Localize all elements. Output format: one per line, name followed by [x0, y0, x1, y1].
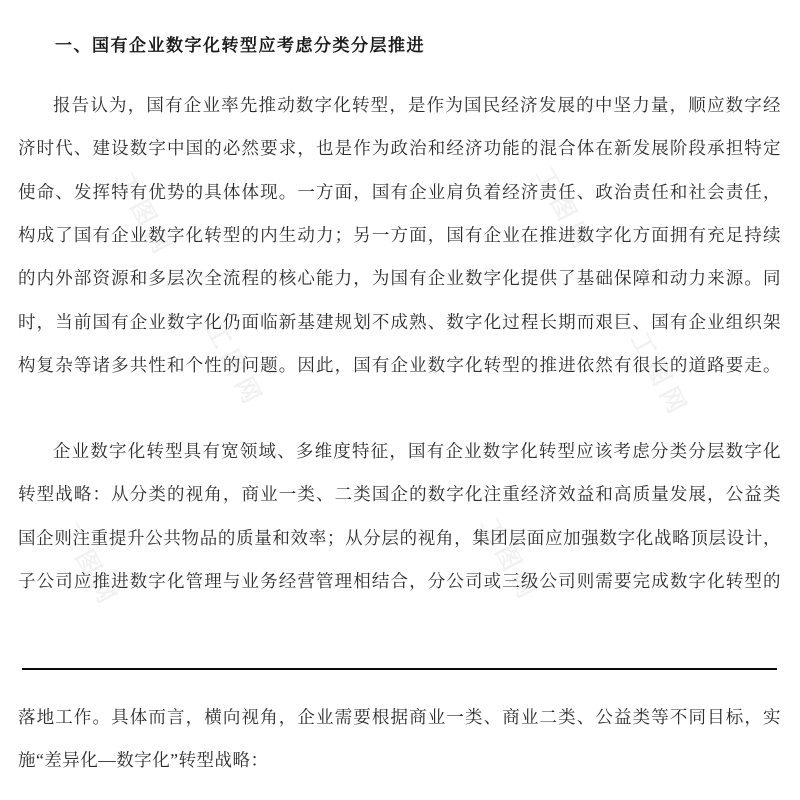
- text-line: 落地工作。具体而言，横向视角，企业需要根据商业一类、商业二类、公益类等不同目标，…: [18, 696, 781, 739]
- text-line: 企业数字化转型具有宽领域、多维度特征，国有企业数字化转型应该考虑分类分层数字化: [18, 430, 781, 473]
- text-line: 的内外部资源和多层次全流程的核心能力，为国有企业数字化提供了基础保障和动力来源。…: [18, 257, 781, 300]
- section-heading: 一、国有企业数字化转型应考虑分类分层推进: [55, 31, 425, 56]
- text-line: 济时代、建设数字中国的必然要求，也是作为政治和经济功能的混合体在新发展阶段承担特…: [18, 127, 781, 170]
- document-page: 工图网工图网工图网工图网工图网工图网 一、国有企业数字化转型应考虑分类分层推进 …: [0, 0, 800, 800]
- text-line: 转型战略：从分类的视角，商业一类、二类国企的数字化注重经济效益和高质量发展，公益…: [18, 473, 781, 516]
- paragraph-intro: 报告认为，国有企业率先推动数字化转型，是作为国民经济发展的中坚力量，顺应数字经济…: [18, 84, 781, 387]
- text-line: 时，当前国有企业数字化仍面临新基建规划不成熟、数字化过程长期而艰巨、国有企业组织…: [18, 301, 781, 344]
- text-line: 施“差异化—数字化”转型战略：: [18, 739, 781, 782]
- text-line: 使命、发挥特有优势的具体体现。一方面，国有企业肩负着经济责任、政治责任和社会责任…: [18, 171, 781, 214]
- paragraph-continuation: 落地工作。具体而言，横向视角，企业需要根据商业一类、商业二类、公益类等不同目标，…: [18, 696, 781, 783]
- text-line: 子公司应推进数字化管理与业务经营管理相结合，分公司或三级公司则需要完成数字化转型…: [18, 560, 781, 603]
- text-line: 国企则注重提升公共物品的质量和效率；从分层的视角，集团层面应加强数字化战略顶层设…: [18, 517, 781, 560]
- text-line: 构成了国有企业数字化转型的内生动力；另一方面，国有企业在推进数字化方面拥有充足持…: [18, 214, 781, 257]
- text-line: 报告认为，国有企业率先推动数字化转型，是作为国民经济发展的中坚力量，顺应数字经: [18, 84, 781, 127]
- paragraph-strategy: 企业数字化转型具有宽领域、多维度特征，国有企业数字化转型应该考虑分类分层数字化转…: [18, 430, 781, 603]
- page-break-divider: [22, 668, 777, 670]
- text-line: 构复杂等诸多共性和个性的问题。因此，国有企业数字化转型的推进依然有很长的道路要走…: [18, 344, 781, 387]
